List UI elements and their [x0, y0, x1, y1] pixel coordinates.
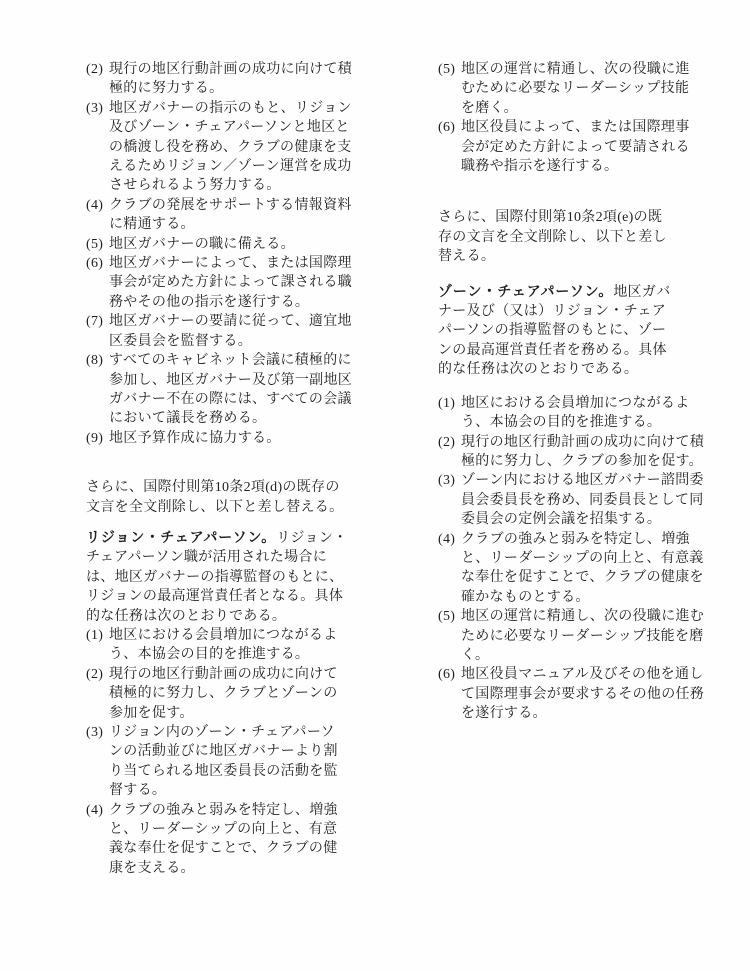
item-text: 地区における会員増加につながるよ う、本協会の目的を推進する。: [109, 628, 338, 662]
item-text: 現行の地区行動計画の成功に向けて積 極的に努力し、クラブの参加を促す。: [461, 435, 704, 469]
item-number: (7): [86, 312, 103, 331]
left-column: (2)現行の地区行動計画の成功に向けて積 極的に努力する。 (3)地区ガバナーの…: [86, 60, 388, 878]
zone-chairperson-heading: ゾーン・チェアパーソン。: [438, 285, 613, 300]
region-chairperson-duties-list: (1)地区における会員増加につながるよ う、本協会の目的を推進する。 (2)現行…: [86, 626, 388, 878]
list-item: (5)地区の運営に精通し、次の役職に進 むために必要なリーダーシップ技能 を磨く…: [438, 60, 740, 118]
item-number: (5): [86, 235, 103, 254]
list-item: (7)地区ガバナーの要請に従って、適宜地 区委員会を監督する。: [86, 312, 388, 351]
list-item: (3)ゾーン内における地区ガバナー諮問委 員会委員長を務め、同委員長として同 委…: [438, 471, 740, 529]
item-number: (5): [438, 607, 455, 626]
list-item: (4)クラブの強みと弱みを特定し、増強 と、リーダーシップの向上と、有意 義な奉…: [86, 801, 388, 879]
item-number: (6): [438, 665, 455, 684]
item-number: (6): [86, 254, 103, 273]
item-number: (3): [86, 99, 103, 118]
governor-duties-list: (2)現行の地区行動計画の成功に向けて積 極的に努力する。 (3)地区ガバナーの…: [86, 60, 388, 448]
list-item: (3)リジョン内のゾーン・チェアパーソ ンの活動並びに地区ガバナーより割 り当て…: [86, 723, 388, 801]
item-number: (3): [438, 471, 455, 490]
list-item: (5)地区ガバナーの職に備える。: [86, 235, 388, 254]
list-item: (5)地区の運営に精通し、次の役職に進む ために必要なリーダーシップ技能を磨 く…: [438, 607, 740, 665]
document-page: (2)現行の地区行動計画の成功に向けて積 極的に努力する。 (3)地区ガバナーの…: [0, 0, 750, 971]
item-text: 地区の運営に精通し、次の役職に進む ために必要なリーダーシップ技能を磨 く。: [461, 609, 704, 663]
item-text: 現行の地区行動計画の成功に向けて積 極的に努力する。: [109, 62, 352, 96]
region-chairperson-duties-continued-list: (5)地区の運営に精通し、次の役職に進 むために必要なリーダーシップ技能 を磨く…: [438, 60, 740, 176]
list-item: (6)地区役員によって、または国際理事 会が定めた方針によって要請される 職務や…: [438, 118, 740, 176]
item-text: 地区ガバナーの職に備える。: [109, 237, 295, 252]
item-text: 地区役員マニュアル及びその他を通し て国際理事会が要求するその他の任務 を遂行す…: [461, 667, 704, 721]
item-number: (4): [438, 530, 455, 549]
list-item: (3)地区ガバナーの指示のもと、リジョン 及びゾーン・チェアパーソンと地区と の…: [86, 99, 388, 196]
item-text: クラブの強みと弱みを特定し、増強 と、リーダーシップの向上と、有意 義な奉仕を促…: [109, 803, 338, 876]
list-item: (6)地区役員マニュアル及びその他を通し て国際理事会が要求するその他の任務 を…: [438, 665, 740, 723]
item-text: 地区ガバナーによって、または国際理 事会が定めた方針によって課される職 務やその…: [109, 256, 352, 310]
item-number: (4): [86, 196, 103, 215]
item-text: 地区予算作成に協力する。: [109, 431, 281, 446]
item-number: (2): [86, 665, 103, 684]
list-item: (8)すべてのキャビネット会議に積極的に 参加し、地区ガバナー及び第一副地区 ガ…: [86, 351, 388, 429]
item-number: (2): [86, 60, 103, 79]
item-text: すべてのキャビネット会議に積極的に 参加し、地区ガバナー及び第一副地区 ガバナー…: [109, 353, 352, 426]
item-text: ゾーン内における地区ガバナー諮問委 員会委員長を務め、同委員長として同 委員会の…: [461, 473, 704, 527]
right-column: (5)地区の運営に精通し、次の役職に進 むために必要なリーダーシップ技能 を磨く…: [438, 60, 740, 724]
list-item: (2)現行の地区行動計画の成功に向けて積 極的に努力する。: [86, 60, 388, 99]
item-text: 地区ガバナーの要請に従って、適宜地 区委員会を監督する。: [109, 314, 352, 348]
item-text: クラブの発展をサポートする情報資料 に精通する。: [109, 198, 352, 232]
region-chairperson-paragraph: リジョン・チェアパーソン。リジョン・ チェアパーソン職が活用された場合に は、地…: [86, 529, 388, 626]
item-text: クラブの強みと弱みを特定し、増強 と、リーダーシップの向上と、有意義 な奉仕を促…: [461, 532, 704, 605]
item-number: (1): [86, 626, 103, 645]
region-chairperson-heading: リジョン・チェアパーソン。: [86, 531, 276, 546]
item-number: (1): [438, 394, 455, 413]
list-item: (1)地区における会員増加につながるよ う、本協会の目的を推進する。: [86, 626, 388, 665]
amendment-note-e: さらに、国際付則第10条2項(e)の既 存の文言を全文削除し、以下と差し 替える…: [438, 208, 740, 266]
item-text: 地区ガバナーの指示のもと、リジョン 及びゾーン・チェアパーソンと地区と の橋渡し…: [109, 101, 352, 194]
item-number: (3): [86, 723, 103, 742]
amendment-note-d: さらに、国際付則第10条2項(d)の既存の 文言を全文削除し、以下と差し替える。: [86, 478, 388, 517]
item-number: (6): [438, 118, 455, 137]
item-text: 現行の地区行動計画の成功に向けて 積極的に努力し、クラブとゾーンの 参加を促す。: [109, 667, 338, 721]
list-item: (2)現行の地区行動計画の成功に向けて 積極的に努力し、クラブとゾーンの 参加を…: [86, 665, 388, 723]
list-item: (9)地区予算作成に協力する。: [86, 429, 388, 448]
zone-chairperson-duties-list: (1)地区における会員増加につながるよ う、本協会の目的を推進する。 (2)現行…: [438, 394, 740, 724]
list-item: (4)クラブの発展をサポートする情報資料 に精通する。: [86, 196, 388, 235]
item-text: 地区の運営に精通し、次の役職に進 むために必要なリーダーシップ技能 を磨く。: [461, 62, 690, 116]
item-text: リジョン内のゾーン・チェアパーソ ンの活動並びに地区ガバナーより割 り当てられる…: [109, 725, 338, 798]
list-item: (2)現行の地区行動計画の成功に向けて積 極的に努力し、クラブの参加を促す。: [438, 433, 740, 472]
zone-chairperson-paragraph: ゾーン・チェアパーソン。地区ガバ ナー及び（又は）リジョン・チェア パーソンの指…: [438, 283, 740, 380]
item-text: 地区役員によって、または国際理事 会が定めた方針によって要請される 職務や指示を…: [461, 120, 690, 174]
item-number: (4): [86, 801, 103, 820]
list-item: (4)クラブの強みと弱みを特定し、増強 と、リーダーシップの向上と、有意義 な奉…: [438, 530, 740, 608]
item-number: (2): [438, 433, 455, 452]
list-item: (1)地区における会員増加につながるよ う、本協会の目的を推進する。: [438, 394, 740, 433]
item-text: 地区における会員増加につながるよ う、本協会の目的を推進する。: [461, 396, 690, 430]
item-number: (5): [438, 60, 455, 79]
item-number: (8): [86, 351, 103, 370]
item-number: (9): [86, 429, 103, 448]
list-item: (6)地区ガバナーによって、または国際理 事会が定めた方針によって課される職 務…: [86, 254, 388, 312]
